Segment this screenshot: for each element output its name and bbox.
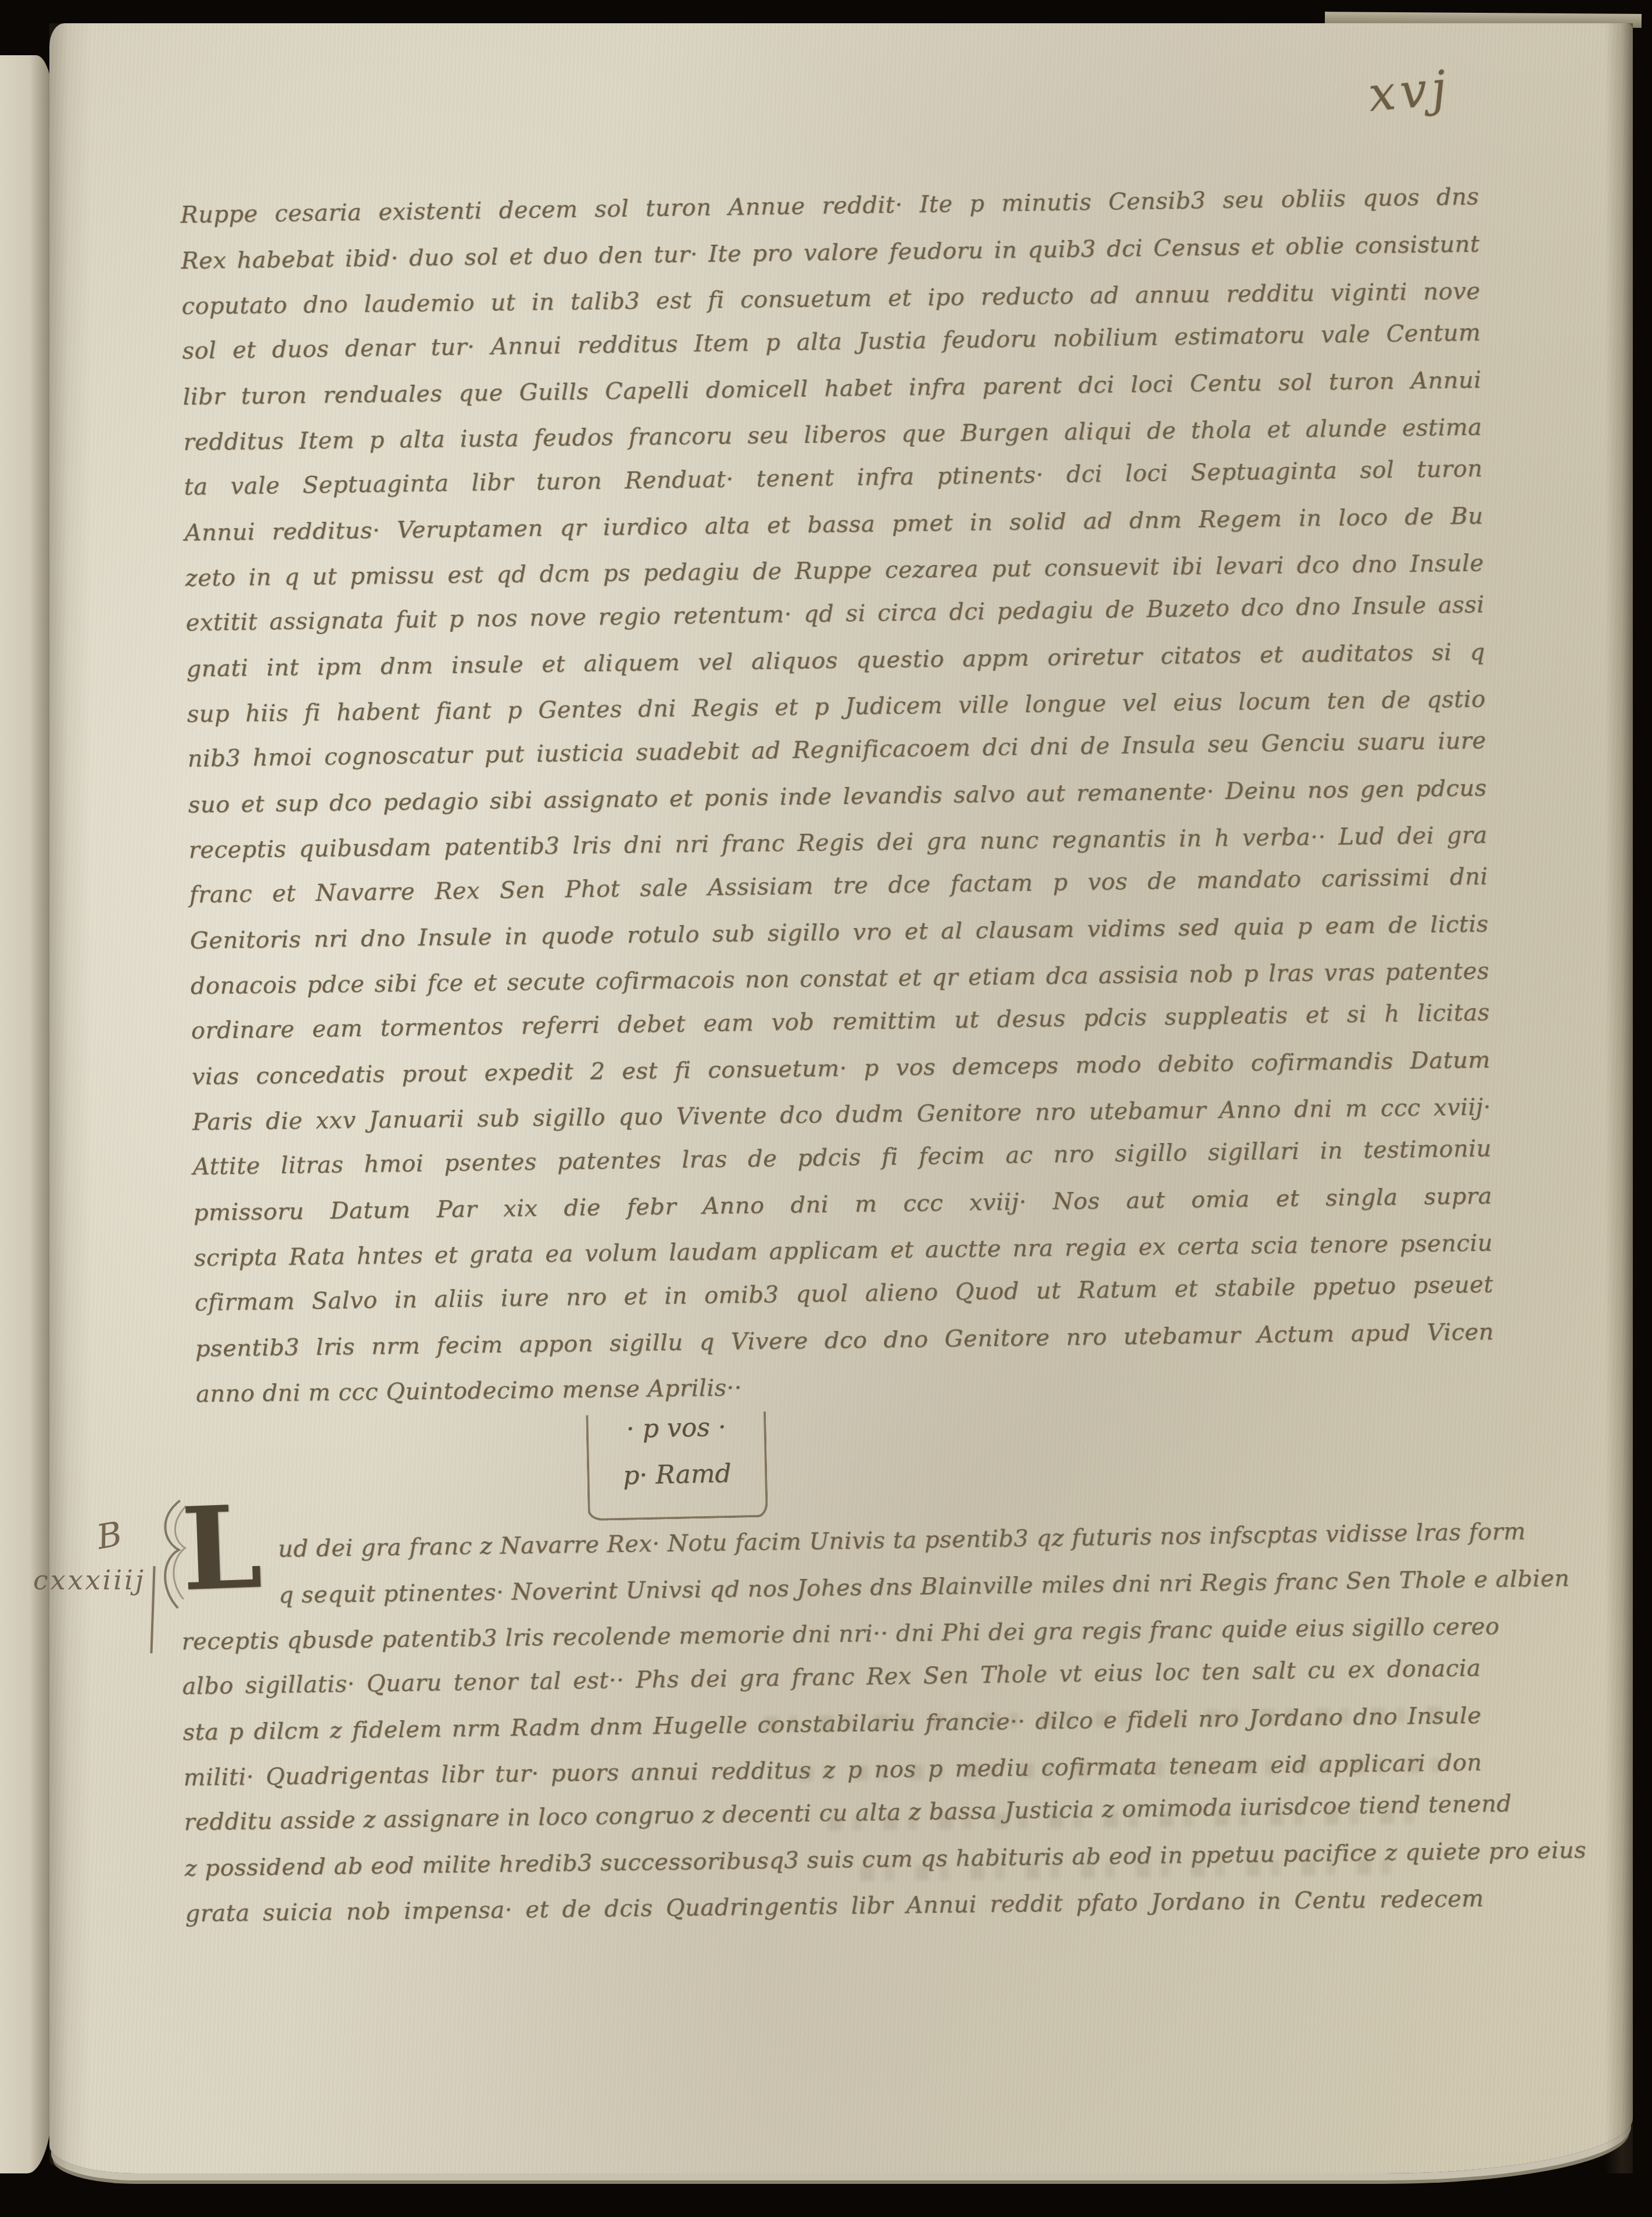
folio-number: xvj (1366, 60, 1453, 123)
facing-page-edge (0, 55, 53, 2173)
margin-paraph: B (94, 1514, 125, 1557)
chancery-note-line-1: · p vos · (588, 1403, 765, 1453)
first-entry-text: Ruppe cesaria existenti decem sol turon … (180, 176, 1495, 1417)
chancery-note-box: · p vos · p· Ramd (586, 1412, 768, 1521)
chancery-note-line-2: p· Ramd (589, 1450, 766, 1500)
parchment-folio: xvj Ruppe cesaria existenti decem sol tu… (49, 23, 1633, 2173)
manuscript-photo: xvj Ruppe cesaria existenti decem sol tu… (0, 0, 1652, 2217)
margin-entry-number: cxxxiiij (33, 1564, 154, 1653)
margin-entry-number-text: cxxxiiij (33, 1564, 146, 1596)
